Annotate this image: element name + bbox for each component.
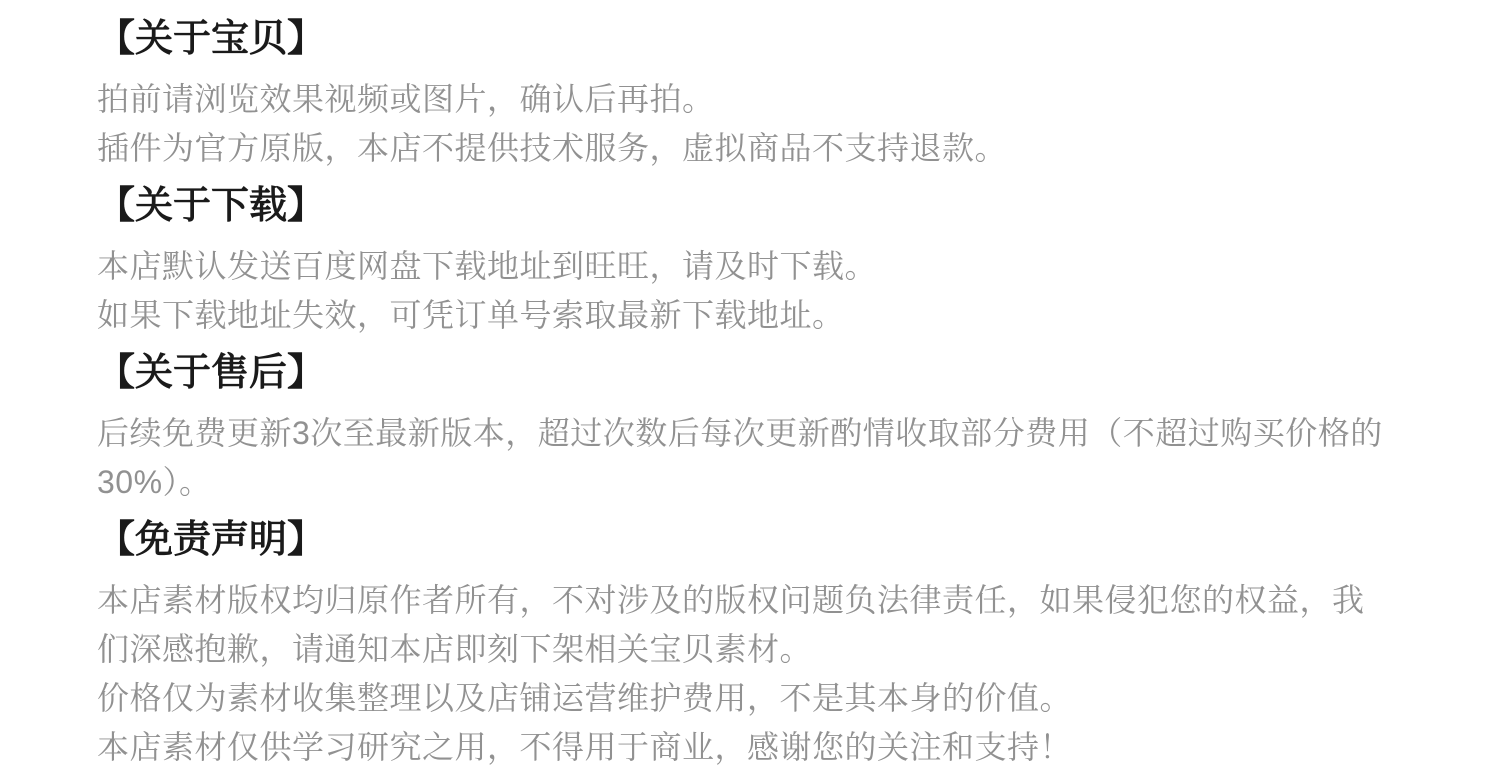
- section-title-after-sales: 【关于售后】: [97, 350, 1400, 396]
- section-after-sales: 【关于售后】 后续免费更新3次至最新版本，超过次数后每次更新酌情收取部分费用（不…: [97, 350, 1400, 507]
- section-disclaimer: 【免责声明】 本店素材版权均归原作者所有，不对涉及的版权问题负法律责任，如果侵犯…: [97, 517, 1400, 772]
- section-title-disclaimer: 【免责声明】: [97, 517, 1400, 563]
- notice-line: 拍前请浏览效果视频或图片，确认后再拍。: [97, 75, 1400, 124]
- notice-line: 如果下载地址失效，可凭订单号索取最新下载地址。: [97, 291, 1400, 340]
- notice-line: 价格仅为素材收集整理以及店铺运营维护费用，不是其本身的价值。: [97, 674, 1400, 723]
- notice-line: 插件为官方原版，本店不提供技术服务，虚拟商品不支持退款。: [97, 124, 1400, 173]
- notice-line: 30%）。: [97, 458, 1400, 507]
- section-about-item: 【关于宝贝】 拍前请浏览效果视频或图片，确认后再拍。 插件为官方原版，本店不提供…: [97, 16, 1400, 173]
- product-notice-page: 【关于宝贝】 拍前请浏览效果视频或图片，确认后再拍。 插件为官方原版，本店不提供…: [0, 0, 1500, 772]
- section-about-download: 【关于下载】 本店默认发送百度网盘下载地址到旺旺，请及时下载。 如果下载地址失效…: [97, 183, 1400, 340]
- notice-line: 本店素材仅供学习研究之用，不得用于商业，感谢您的关注和支持！: [97, 723, 1400, 772]
- notice-line: 本店默认发送百度网盘下载地址到旺旺，请及时下载。: [97, 242, 1400, 291]
- notice-line: 后续免费更新3次至最新版本，超过次数后每次更新酌情收取部分费用（不超过购买价格的: [97, 409, 1400, 458]
- notice-line: 们深感抱歉，请通知本店即刻下架相关宝贝素材。: [97, 625, 1400, 674]
- section-title-about-download: 【关于下载】: [97, 183, 1400, 229]
- section-title-about-item: 【关于宝贝】: [97, 16, 1400, 62]
- notice-line: 本店素材版权均归原作者所有，不对涉及的版权问题负法律责任，如果侵犯您的权益，我: [97, 576, 1400, 625]
